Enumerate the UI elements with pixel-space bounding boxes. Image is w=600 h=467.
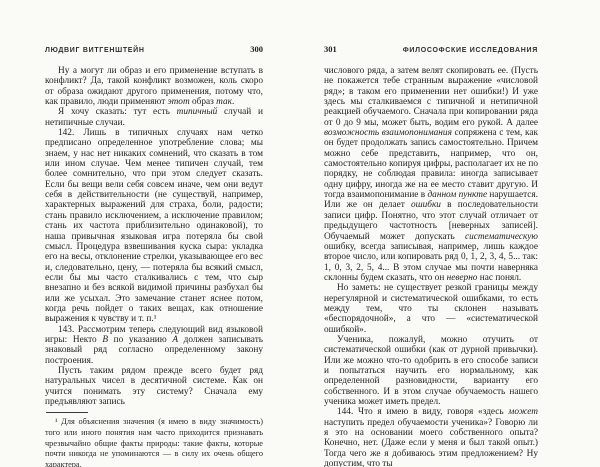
text-segment: 144. Что я имею в виду, говоря «здесь — [337, 407, 508, 417]
running-head-title: ФИЛОСОФСКИЕ ИССЛЕДОВАНИЯ — [403, 47, 538, 54]
italic-text-segment: возможность взаимопонимания — [324, 128, 452, 138]
paragraph: Ну а могут ли образ и его применение вст… — [45, 66, 263, 107]
paragraph: 142. Лишь в типичных случаях нам четко п… — [45, 128, 263, 325]
text-segment: Я хочу сказать: тут есть — [58, 107, 177, 117]
text-segment: образ — [190, 97, 216, 107]
text-segment: Но заметь: не существует резкой границы … — [324, 283, 538, 334]
footnote: ¹ Для объяснения значения (я имею в виду… — [45, 417, 263, 467]
text-segment: Ученика, пожалуй, можно отучить от систе… — [324, 335, 538, 407]
paragraph: 144. Что я имею в виду, говоря «здесь мо… — [324, 407, 538, 467]
text-segment: 142. Лишь в типичных случаях нам четко п… — [45, 128, 263, 324]
page-number-left: 300 — [250, 44, 263, 54]
italic-text-segment: так — [216, 97, 232, 107]
italic-text-segment: этот — [168, 97, 190, 107]
right-page: 301 ФИЛОСОФСКИЕ ИССЛЕДОВАНИЯ числового р… — [324, 0, 538, 467]
paragraph: 143. Рассмотрим теперь следующий вид язы… — [45, 325, 263, 366]
running-head-author: ЛЮДВИГ ВИТГЕНШТЕЙН — [45, 47, 145, 54]
running-header: ЛЮДВИГ ВИТГЕНШТЕЙН 300 — [45, 44, 263, 54]
running-header: 301 ФИЛОСОФСКИЕ ИССЛЕДОВАНИЯ — [324, 44, 538, 54]
paragraph: Пусть таким рядом прежде всего будет ряд… — [45, 366, 263, 407]
italic-text-segment: данном пункте — [427, 190, 487, 200]
right-page-text: числового ряда, а затем велят скопироват… — [324, 66, 538, 467]
italic-text-segment: может — [508, 407, 538, 417]
paragraph: Я хочу сказать: тут есть типичный случай… — [45, 107, 263, 128]
page-number-right: 301 — [324, 44, 337, 54]
italic-text-segment: систематическую — [465, 232, 538, 242]
text-segment: Пусть таким рядом прежде всего будет ряд… — [45, 366, 263, 407]
text-segment: наступить предел обучаемости ученика»? Г… — [324, 418, 538, 467]
text-segment: . — [232, 97, 234, 107]
paragraph: Но заметь: не существует резкой границы … — [324, 283, 538, 335]
left-page: ЛЮДВИГ ВИТГЕНШТЕЙН 300 Ну а могут ли обр… — [45, 0, 263, 467]
left-page-text: Ну а могут ли образ и его применение вст… — [45, 66, 263, 407]
text-segment: по указанию — [108, 335, 172, 345]
italic-text-segment: типичный — [177, 107, 218, 117]
italic-text-segment: ошибки — [411, 200, 441, 210]
text-segment: числового ряда, а затем велят скопироват… — [324, 66, 538, 128]
footnote-separator — [46, 412, 88, 413]
paragraph: числового ряда, а затем велят скопироват… — [324, 66, 538, 283]
italic-text-segment: неверно — [447, 273, 478, 283]
paragraph: Ученика, пожалуй, можно отучить от систе… — [324, 335, 538, 407]
text-segment: нас понял. — [477, 273, 521, 283]
book-spread: ЛЮДВИГ ВИТГЕНШТЕЙН 300 Ну а могут ли обр… — [0, 0, 600, 467]
